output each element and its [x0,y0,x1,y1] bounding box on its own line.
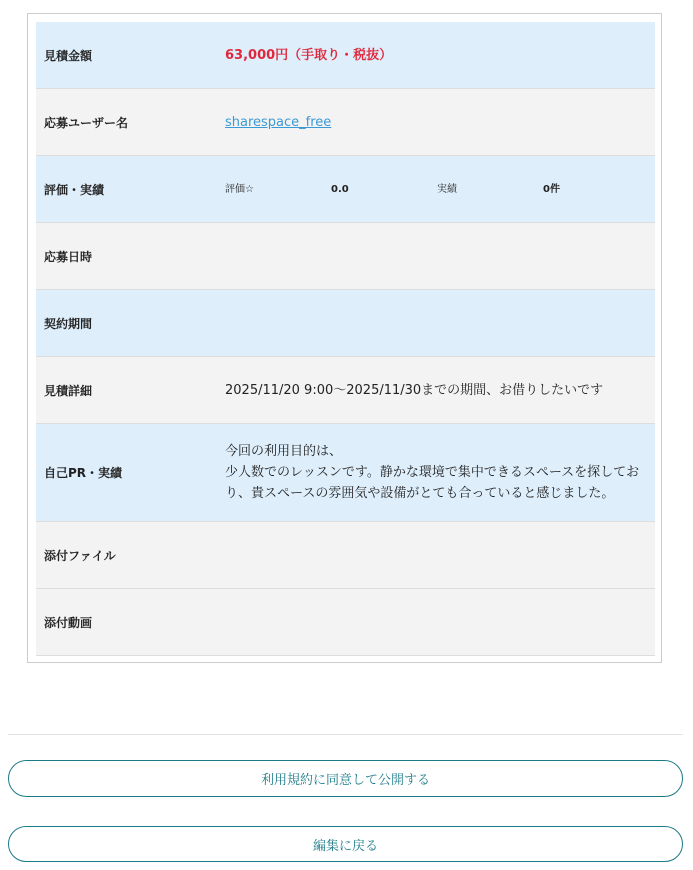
achievements-label: 実績 [437,179,543,200]
row-application-datetime: 応募日時 [36,223,655,290]
row-label: 応募日時 [36,248,225,265]
estimate-details-table: 見積金額 63,000円（手取り・税抜） 応募ユーザー名 sharespace_… [36,22,655,656]
row-value: 63,000円（手取り・税抜） [225,45,655,66]
row-value: 評価☆ 0.0 実績 0件 [225,179,655,200]
page: 見積金額 63,000円（手取り・税抜） 応募ユーザー名 sharespace_… [0,0,693,870]
estimate-price: 63,000円（手取り・税抜） [225,48,392,63]
section-divider [8,734,683,735]
applicant-username-link[interactable]: sharespace_free [225,115,331,130]
row-contract-period: 契約期間 [36,290,655,357]
estimate-details-card: 見積金額 63,000円（手取り・税抜） 応募ユーザー名 sharespace_… [27,13,662,663]
row-value: 今回の利用目的は、 少人数でのレッスンです。静かな環境で集中できるスペースを探し… [225,441,655,504]
row-rating-achievements: 評価・実績 評価☆ 0.0 実績 0件 [36,156,655,223]
row-self-pr: 自己PR・実績 今回の利用目的は、 少人数でのレッスンです。静かな環境で集中でき… [36,424,655,522]
rating-label: 評価☆ [225,179,331,200]
row-label: 契約期間 [36,315,225,332]
row-label: 応募ユーザー名 [36,114,225,131]
row-estimate-details: 見積詳細 2025/11/20 9:00〜2025/11/30までの期間、お借り… [36,357,655,424]
row-attached-file: 添付ファイル [36,522,655,589]
row-attached-video: 添付動画 [36,589,655,656]
row-label: 評価・実績 [36,181,225,198]
row-label: 添付ファイル [36,547,225,564]
row-value: 2025/11/20 9:00〜2025/11/30までの期間、お借りしたいです [225,380,655,401]
row-label: 添付動画 [36,614,225,631]
rating-value: 0.0 [331,179,437,200]
row-label: 見積金額 [36,47,225,64]
row-value: sharespace_free [225,112,655,133]
row-estimate-amount: 見積金額 63,000円（手取り・税抜） [36,22,655,89]
row-applicant-username: 応募ユーザー名 sharespace_free [36,89,655,156]
rating-summary: 評価☆ 0.0 実績 0件 [225,179,645,200]
achievements-value: 0件 [543,179,560,200]
back-to-edit-button[interactable]: 編集に戻る [8,826,683,862]
row-label: 自己PR・実績 [36,464,225,481]
agree-and-publish-button[interactable]: 利用規約に同意して公開する [8,760,683,797]
row-label: 見積詳細 [36,382,225,399]
